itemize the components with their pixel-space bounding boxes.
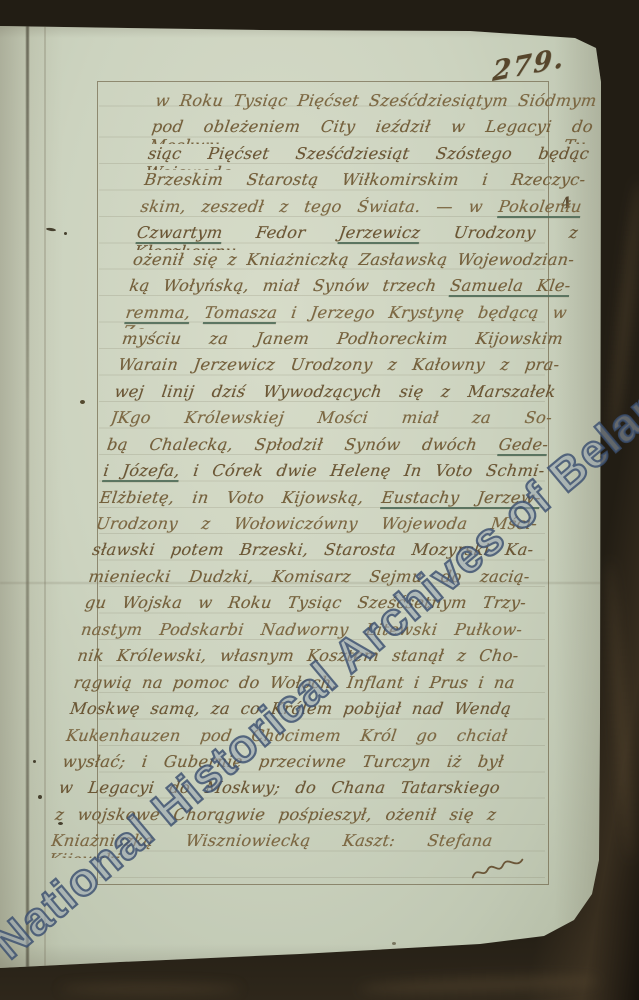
handwritten-text: Urodzony z Wołowiczówny Wojewoda Mści- [95,514,539,533]
manuscript-line: wysłać; i Gubernię przeciwne Turczyn iż … [60,752,505,778]
handwritten-text: Gede- [497,435,549,454]
handwritten-text: JKgo Królewskiej Mości miał za So- [110,408,554,427]
handwritten-text: wysłać; i Gubernię przeciwne Turczyn iż … [61,752,505,771]
manuscript-line: Kniażniczką Wiszniowiecką Kaszt: Stefana… [49,831,494,857]
handwritten-text: w Roku Tysiąc Pięćset Sześćdziesiątym Si… [154,91,598,110]
manuscript-line: w Roku Tysiąc Pięćset Sześćdziesiątym Si… [153,91,598,117]
manuscript-line: JKgo Królewskiej Mości miał za So- [109,408,554,434]
backdrop-glossy-streak [359,974,599,996]
manuscript-line: ką Wołyńską, miał Synów trzech Samuela K… [127,276,572,302]
handwritten-text: nik Królewski, własnym Kosztem stanął z … [76,646,520,665]
manuscript-line: siąc Pięćset Sześćdziesiąt Szóstego będą… [146,144,591,170]
handwritten-text: Fedor [255,223,307,242]
manuscript-line: Czwartym Fedor Jerzewicz Urodzony z Kłoc… [135,223,580,249]
backdrop-glossy-streak [605,560,636,860]
manuscript-line: Moskwę samą, za co Królem pobijał nad We… [68,699,513,725]
handwritten-text: nastym Podskarbi Nadworny Litewski Pułko… [80,620,524,639]
handwritten-text: ożenił się z Kniażniczką Zasławską Wojew… [132,250,576,269]
manuscript-line: gu Wojska w Roku Tysiąc Sześćsetnym Trzy… [83,593,528,619]
handwritten-text: sławski potem Brzeski, Starosta Mozyrski… [91,540,535,559]
manuscript-line: Warain Jerzewicz Urodzony z Kałowny z pr… [116,355,561,381]
manuscript-line: nik Królewski, własnym Kosztem stanął z … [75,646,520,672]
ink-speck [33,760,36,763]
manuscript-line: Kukenhauzen pod Chocimem Król go chciał [64,726,509,752]
manuscript-line: Urodzony z Wołowiczówny Wojewoda Mści- [94,514,539,540]
ink-speck [80,400,85,404]
manuscript-line: i Józefa, i Córek dwie Helenę In Voto Sc… [101,461,546,487]
handwritten-text: Brzeskim Starostą Wiłkomirskim i Rzeczyc… [143,170,587,189]
stitch-mark [64,232,67,235]
handwritten-text: siąc Pięćset Sześćdziesiąt Szóstego będą… [146,144,591,170]
handwritten-text: remma, [124,303,191,322]
handwritten-text: Tomasza [203,303,279,322]
handwritten-text: Czwartym [136,223,224,242]
handwritten-text: Warain Jerzewicz Urodzony z Kałowny z pr… [117,355,561,374]
manuscript-line: remma, Tomasza i Jerzego Krystynę będącą… [123,303,568,329]
binding-crease-light [44,22,46,970]
handwritten-text: pod obleżeniem City ieździł w Legacyi do… [149,117,594,143]
manuscript-line: skim, zeszedł z tego Świata. — w Pokolen… [138,197,583,223]
handwritten-text: myściu za Janem Podhoreckim Kijowskim [121,329,565,348]
manuscript-line: ożenił się z Kniażniczką Zasławską Wojew… [131,250,576,276]
manuscript-line: pod obleżeniem City ieździł w Legacyi do… [149,117,594,143]
backdrop-glossy-streak [60,984,240,994]
handwritten-text: Kniażniczką Wiszniowiecką Kaszt: Stefana… [49,831,494,857]
backdrop-glossy-streak [605,180,639,440]
handwritten-text: skim, zeszedł z tego Świata. — w [139,197,484,216]
manuscript-line: mieniecki Dudzki, Komisarz Sejmu do zaci… [86,567,531,593]
handwritten-text: Pokoleniu [497,197,583,216]
handwritten-text: Moskwę samą, za co Królem pobijał nad We… [69,699,513,718]
manuscript-line: z wojskowe Chorągwie pośpieszył, ożenił … [53,805,498,831]
manuscript-line: wej linij dziś Wywodzących się z Marszał… [112,382,557,408]
manuscript-line: nastym Podskarbi Nadworny Litewski Pułko… [79,620,524,646]
manuscript-line: myściu za Janem Podhoreckim Kijowskim [120,329,565,355]
handwritten-text: mieniecki Dudzki, Komisarz Sejmu do zaci… [87,567,531,586]
scanned-manuscript-page: 279. 4 w Roku Tysiąc Pięćset Sześćdziesi… [0,0,639,1000]
handwritten-text: Jerzewicz [338,223,422,242]
handwritten-text: rągwią na pomoc do Wołoch, Inflant i Pru… [72,673,516,692]
handwritten-text: wej linij dziś Wywodzących się z Marszał… [113,382,557,401]
ink-speck [392,942,396,945]
handwritten-text: Kukenhauzen pod Chocimem Król go chciał [65,726,509,745]
handwritten-text: bą Chalecką, Spłodził Synów dwóch [106,435,479,454]
binding-crease [26,22,29,970]
handwritten-text: w Legacyi do Moskwy; do Chana Tatarskieg… [58,778,502,797]
handwritten-text: Samuela Kle- [449,276,572,295]
handwritten-text: z wojskowe Chorągwie pośpieszył, ożenił … [54,805,498,824]
stitch-mark [46,227,56,231]
manuscript-line: bą Chalecką, Spłodził Synów dwóch Gede- [105,435,550,461]
handwritten-text: ką Wołyńską, miał Synów trzech [128,276,438,295]
handwritten-text: i Józefa, [102,461,181,480]
manuscript-line: Brzeskim Starostą Wiłkomirskim i Rzeczyc… [142,170,587,196]
handwritten-text: i Córek dwie Helenę In Voto Schmi- [192,461,546,480]
handwritten-text: gu Wojska w Roku Tysiąc Sześćsetnym Trzy… [84,593,528,612]
manuscript-line: sławski potem Brzeski, Starosta Mozyrski… [90,540,535,566]
ink-speck [38,795,42,799]
handwritten-text: Eustachy Jerzew- [380,488,542,507]
manuscript-line: Elżbietę, in Voto Kijowską, Eustachy Jer… [97,488,542,514]
manuscript-line: rągwią na pomoc do Wołoch, Inflant i Pru… [71,673,516,699]
handwritten-text: Elżbietę, in Voto Kijowską, [98,488,364,507]
manuscript-line: w Legacyi do Moskwy; do Chana Tatarskieg… [57,778,502,804]
